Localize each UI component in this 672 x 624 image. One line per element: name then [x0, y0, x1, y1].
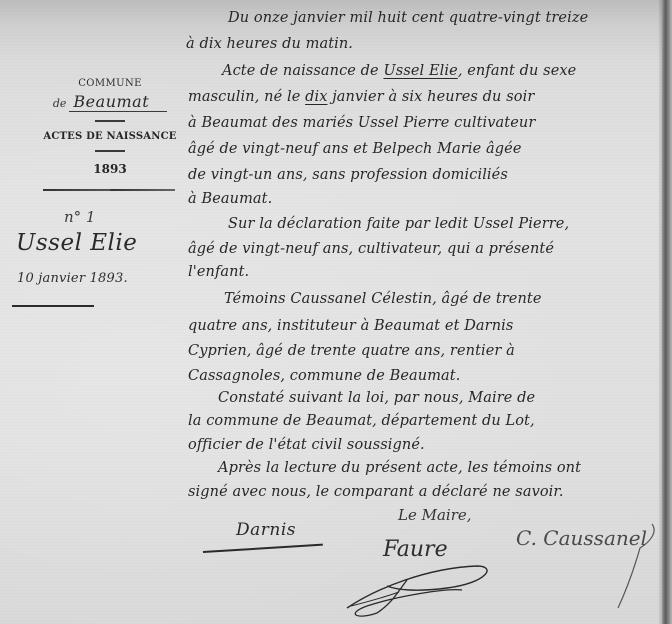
body-line: masculin, né le dix janvier à six heures… [188, 89, 534, 105]
entry-number: n° 1 [64, 208, 95, 226]
body-text: Acte de naissance de [222, 63, 383, 79]
commune-prefix: de [53, 97, 67, 110]
body-line: Témoins Caussanel Célestin, âgé de trent… [224, 291, 542, 307]
mayor-title: Le Maire, [398, 506, 472, 524]
body-line: quatre ans, instituteur à Beaumat et Dar… [188, 318, 513, 334]
body-line: Cyprien, âgé de trente quatre ans, renti… [188, 343, 515, 359]
body-line: à Beaumat. [188, 191, 272, 207]
child-name: Ussel Elie [383, 63, 457, 79]
entry-date: 10 janvier 1893. [17, 271, 128, 286]
body-line: officier de l'état civil soussigné. [188, 437, 425, 453]
body-line: de vingt-un ans, sans profession domicil… [188, 167, 508, 183]
body-line: Cassagnoles, commune de Beaumat. [188, 368, 460, 384]
commune-name: Beaumat [69, 92, 167, 112]
register-title: ACTES DE NAISSANCE [30, 131, 190, 142]
header-rule [43, 189, 175, 191]
register-year: 1893 [30, 162, 190, 176]
body-line: à Beaumat des mariés Ussel Pierre cultiv… [188, 115, 535, 131]
body-line: Après la lecture du présent acte, les té… [218, 460, 581, 476]
body-text: janvier à six heures du soir [328, 89, 535, 105]
divider [95, 150, 125, 152]
commune-label: COMMUNE [30, 78, 190, 89]
body-text: masculin, né le [188, 89, 305, 105]
body-line: Acte de naissance de Ussel Elie, enfant … [222, 63, 576, 79]
body-line: âgé de vingt-neuf ans, cultivateur, qui … [188, 241, 554, 257]
body-line: l'enfant. [188, 264, 249, 280]
margin-header: COMMUNE de Beaumat ACTES DE NAISSANCE 18… [30, 70, 190, 176]
body-line: à dix heures du matin. [186, 36, 353, 52]
binding-edge [662, 0, 672, 624]
body-text: , enfant du sexe [458, 63, 577, 79]
entry-underline [12, 305, 94, 307]
entry-name: Ussel Elie [16, 230, 137, 256]
body-line: Du onze janvier mil huit cent quatre-vin… [228, 10, 588, 26]
body-line: Sur la déclaration faite par ledit Ussel… [228, 216, 569, 232]
register-page: COMMUNE de Beaumat ACTES DE NAISSANCE 18… [0, 0, 672, 624]
signature-flourish-icon [337, 558, 497, 618]
body-line: signé avec nous, le comparant a déclaré … [188, 484, 564, 500]
commune-line: de Beaumat [30, 92, 190, 112]
birth-day: dix [305, 89, 327, 105]
divider [95, 120, 125, 122]
body-line: âgé de vingt-neuf ans et Belpech Marie â… [188, 141, 522, 157]
signature-witness-darnis: Darnis [236, 520, 296, 540]
body-line: la commune de Beaumat, département du Lo… [188, 413, 535, 429]
body-line: Constaté suivant la loi, par nous, Maire… [218, 390, 535, 406]
signature-tail-icon [600, 522, 660, 612]
